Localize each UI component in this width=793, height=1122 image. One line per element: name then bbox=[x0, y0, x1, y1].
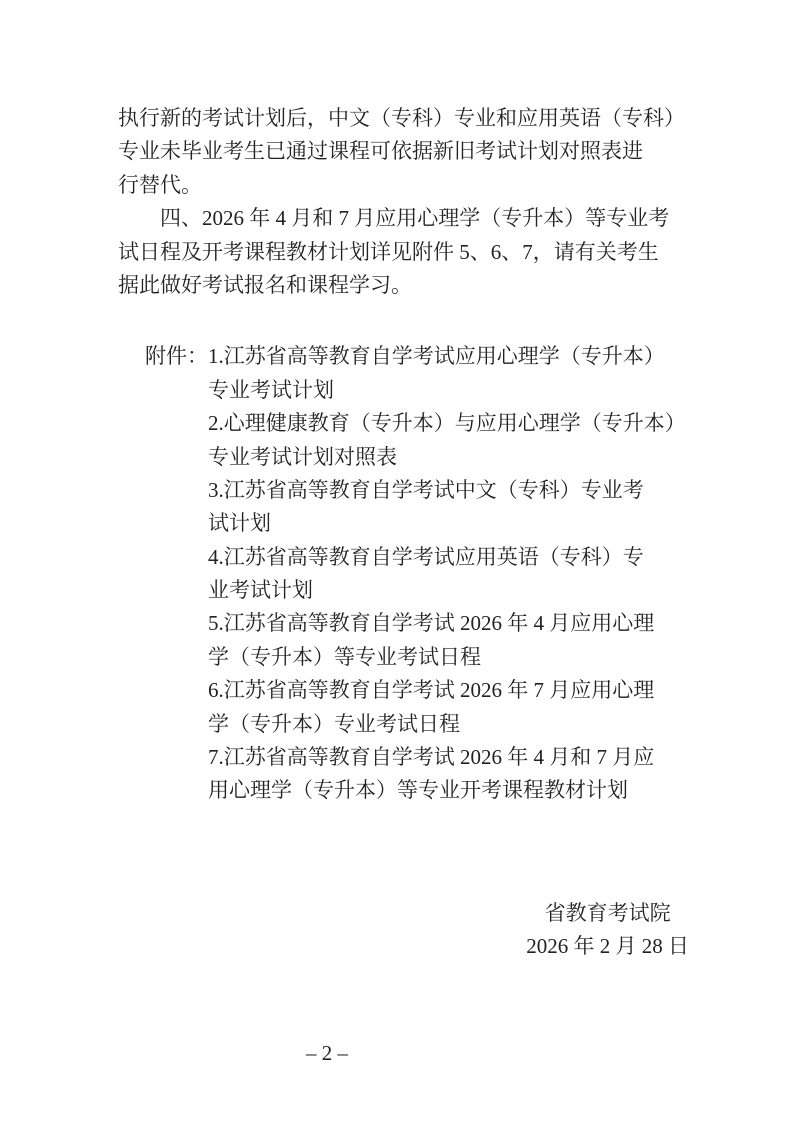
paragraph-continuation: 执行新的考试计划后，中文（专科）专业和应用英语（专科） 专业未毕业考生已通过课程… bbox=[118, 102, 693, 202]
attachment-item-1: 1.江苏省高等教育自学考试应用心理学（专升本） 专业考试计划 bbox=[208, 340, 693, 407]
text-line: 学（专升本）等专业考试日程 bbox=[208, 641, 693, 674]
attachments-label: 附件： bbox=[145, 340, 208, 807]
text-line: 业考试计划 bbox=[208, 574, 693, 607]
text-line: 2.心理健康教育（专升本）与应用心理学（专升本） bbox=[208, 407, 693, 440]
signature-block: 省教育考试院 2026 年 2 月 28 日 bbox=[526, 897, 689, 964]
text-line: 试计划 bbox=[208, 507, 693, 540]
attachments-section: 附件： 1.江苏省高等教育自学考试应用心理学（专升本） 专业考试计划 2.心理健… bbox=[145, 340, 693, 807]
page-number: – 2 – bbox=[247, 1042, 407, 1064]
attachments-list: 1.江苏省高等教育自学考试应用心理学（专升本） 专业考试计划 2.心理健康教育（… bbox=[208, 340, 693, 807]
text-line: 7.江苏省高等教育自学考试 2026 年 4 月和 7 月应 bbox=[208, 741, 693, 774]
text-line: 专业考试计划 bbox=[208, 374, 693, 407]
text-line: 用心理学（专升本）等专业开考课程教材计划 bbox=[208, 774, 693, 807]
attachment-item-3: 3.江苏省高等教育自学考试中文（专科）专业考 试计划 bbox=[208, 474, 693, 541]
text-line: 专业未毕业考生已通过课程可依据新旧考试计划对照表进 bbox=[118, 135, 693, 168]
text-line: 据此做好考试报名和课程学习。 bbox=[118, 269, 693, 302]
attachment-item-7: 7.江苏省高等教育自学考试 2026 年 4 月和 7 月应 用心理学（专升本）… bbox=[208, 741, 693, 808]
text-line: 四、2026 年 4 月和 7 月应用心理学（专升本）等专业考 bbox=[118, 202, 693, 235]
attachment-item-5: 5.江苏省高等教育自学考试 2026 年 4 月应用心理 学（专升本）等专业考试… bbox=[208, 607, 693, 674]
text-line: 1.江苏省高等教育自学考试应用心理学（专升本） bbox=[208, 340, 693, 373]
issue-date: 2026 年 2 月 28 日 bbox=[526, 930, 689, 963]
text-line: 行替代。 bbox=[118, 169, 693, 202]
text-line: 试日程及开考课程教材计划详见附件 5、6、7，请有关考生 bbox=[118, 236, 693, 269]
text-line: 4.江苏省高等教育自学考试应用英语（专科）专 bbox=[208, 541, 693, 574]
text-line: 专业考试计划对照表 bbox=[208, 441, 693, 474]
text-line: 6.江苏省高等教育自学考试 2026 年 7 月应用心理 bbox=[208, 674, 693, 707]
paragraph-item-four: 四、2026 年 4 月和 7 月应用心理学（专升本）等专业考 试日程及开考课程… bbox=[118, 202, 693, 302]
attachment-item-6: 6.江苏省高等教育自学考试 2026 年 7 月应用心理 学（专升本）专业考试日… bbox=[208, 674, 693, 741]
text-line: 执行新的考试计划后，中文（专科）专业和应用英语（专科） bbox=[118, 102, 693, 135]
text-line: 5.江苏省高等教育自学考试 2026 年 4 月应用心理 bbox=[208, 607, 693, 640]
attachment-item-2: 2.心理健康教育（专升本）与应用心理学（专升本） 专业考试计划对照表 bbox=[208, 407, 693, 474]
issuer-name: 省教育考试院 bbox=[545, 897, 671, 930]
text-line: 学（专升本）专业考试日程 bbox=[208, 708, 693, 741]
attachment-item-4: 4.江苏省高等教育自学考试应用英语（专科）专 业考试计划 bbox=[208, 541, 693, 608]
text-line: 3.江苏省高等教育自学考试中文（专科）专业考 bbox=[208, 474, 693, 507]
document-body: 执行新的考试计划后，中文（专科）专业和应用英语（专科） 专业未毕业考生已通过课程… bbox=[0, 0, 793, 964]
document-page: 执行新的考试计划后，中文（专科）专业和应用英语（专科） 专业未毕业考生已通过课程… bbox=[0, 0, 793, 1122]
